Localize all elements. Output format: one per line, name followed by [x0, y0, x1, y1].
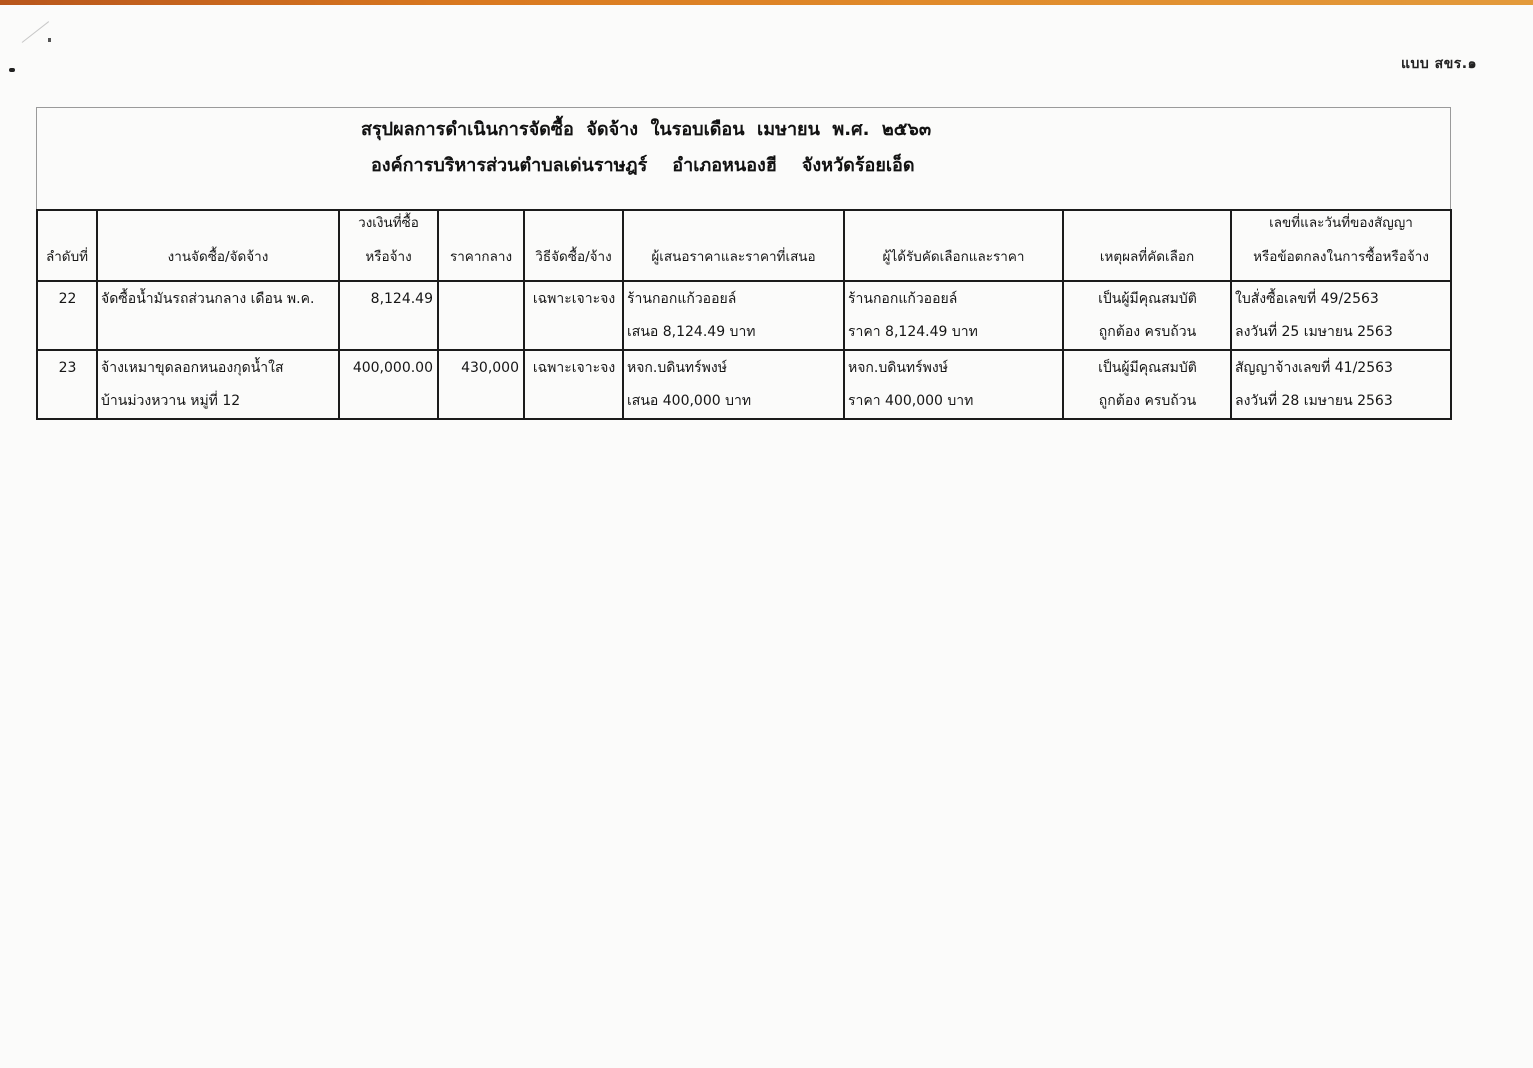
cell-winner: ร้านกอกแก้วออยล์ราคา 8,124.49 บาท [844, 281, 1063, 350]
cell-no: 22 [37, 281, 97, 350]
table-row: 22 จัดซื้อน้ำมันรถส่วนกลาง เดือน พ.ค. 8,… [37, 281, 1451, 350]
cell-text [442, 283, 519, 316]
cell-text: งานจัดซื้อ/จัดจ้าง [98, 240, 338, 274]
table-header-row: ลำดับที่ งานจัดซื้อ/จัดจ้าง วงเงินที่ซื้… [37, 210, 1451, 281]
cell-budget: 400,000.00 [339, 350, 438, 419]
cell-text: หจก.บดินทร์พงษ์ [627, 352, 841, 385]
cell-text: ราคากลาง [439, 240, 523, 274]
cell-text: เฉพาะเจาะจง [528, 352, 620, 385]
cell-text: เลขที่และวันที่ของสัญญา [1232, 206, 1450, 240]
cell-contract: ใบสั่งซื้อเลขที่ 49/2563ลงวันที่ 25 เมษา… [1231, 281, 1451, 350]
cell-text: ถูกต้อง ครบถ้วน [1067, 316, 1228, 349]
header-bidders: ผู้เสนอราคาและราคาที่เสนอ [623, 210, 844, 281]
cell-budget: 8,124.49 [339, 281, 438, 350]
cell-text: ราคา 400,000 บาท [848, 385, 1060, 418]
cell-text: 22 [41, 283, 94, 316]
cell-text: หรือข้อตกลงในการซื้อหรือจ้าง [1232, 240, 1450, 274]
cell-item: จ้างเหมาขุดลอกหนองกุดน้ำใสบ้านม่วงหวาน ห… [97, 350, 339, 419]
cell-text: เป็นผู้มีคุณสมบัติ [1067, 283, 1228, 316]
cell-text: เหตุผลที่คัดเลือก [1064, 240, 1230, 274]
cell-text: ผู้เสนอราคาและราคาที่เสนอ [624, 240, 843, 274]
header-budget: วงเงินที่ซื้อหรือจ้าง [339, 210, 438, 281]
cell-no: 23 [37, 350, 97, 419]
scan-top-edge [0, 0, 1533, 5]
cell-median-price: 430,000 [438, 350, 524, 419]
cell-text: บ้านม่วงหวาน หมู่ที่ 12 [101, 385, 336, 418]
form-code: แบบ สขร.๑ [1401, 53, 1477, 75]
header-method: วิธีจัดซื้อ/จ้าง [524, 210, 623, 281]
cell-text: จ้างเหมาขุดลอกหนองกุดน้ำใส [101, 352, 336, 385]
cell-bidders: หจก.บดินทร์พงษ์เสนอ 400,000 บาท [623, 350, 844, 419]
cell-text: สัญญาจ้างเลขที่ 41/2563 [1235, 352, 1448, 385]
cell-reason: เป็นผู้มีคุณสมบัติถูกต้อง ครบถ้วน [1063, 281, 1231, 350]
cell-text: 23 [41, 352, 94, 385]
cell-text: ลงวันที่ 25 เมษายน 2563 [1235, 316, 1448, 349]
cell-median-price [438, 281, 524, 350]
cell-text: 400,000.00 [343, 352, 433, 385]
cell-item: จัดซื้อน้ำมันรถส่วนกลาง เดือน พ.ค. [97, 281, 339, 350]
cell-text: ลงวันที่ 28 เมษายน 2563 [1235, 385, 1448, 418]
cell-bidders: ร้านกอกแก้วออยล์เสนอ 8,124.49 บาท [623, 281, 844, 350]
table-row: 23 จ้างเหมาขุดลอกหนองกุดน้ำใสบ้านม่วงหวา… [37, 350, 1451, 419]
cell-text: หจก.บดินทร์พงษ์ [848, 352, 1060, 385]
document-subtitle: องค์การบริหารส่วนตำบลเด่นราษฎร์ อำเภอหนอ… [37, 150, 1533, 179]
header-winner: ผู้ได้รับคัดเลือกและราคา [844, 210, 1063, 281]
cell-text: วงเงินที่ซื้อ [340, 206, 437, 240]
header-contract: เลขที่และวันที่ของสัญญาหรือข้อตกลงในการซ… [1231, 210, 1451, 281]
cell-text: ร้านกอกแก้วออยล์ [848, 283, 1060, 316]
cell-text: เป็นผู้มีคุณสมบัติ [1067, 352, 1228, 385]
cell-text [101, 316, 336, 349]
document-title: สรุปผลการดำเนินการจัดซื้อ จัดจ้าง ในรอบเ… [37, 114, 1533, 143]
document-header: สรุปผลการดำเนินการจัดซื้อ จัดจ้าง ในรอบเ… [36, 107, 1451, 210]
cell-text: ผู้ได้รับคัดเลือกและราคา [845, 240, 1062, 274]
header-item: งานจัดซื้อ/จัดจ้าง [97, 210, 339, 281]
cell-method: เฉพาะเจาะจง [524, 281, 623, 350]
procurement-table: ลำดับที่ งานจัดซื้อ/จัดจ้าง วงเงินที่ซื้… [36, 209, 1452, 420]
cell-text: เฉพาะเจาะจง [528, 283, 620, 316]
cell-text: ร้านกอกแก้วออยล์ [627, 283, 841, 316]
cell-text: 430,000 [442, 352, 519, 385]
cell-method: เฉพาะเจาะจง [524, 350, 623, 419]
cell-text: เสนอ 400,000 บาท [627, 385, 841, 418]
cell-text: ลำดับที่ [38, 240, 96, 274]
cell-winner: หจก.บดินทร์พงษ์ราคา 400,000 บาท [844, 350, 1063, 419]
cell-text: วิธีจัดซื้อ/จ้าง [525, 240, 622, 274]
cell-text: จัดซื้อน้ำมันรถส่วนกลาง เดือน พ.ค. [101, 283, 336, 316]
cell-reason: เป็นผู้มีคุณสมบัติถูกต้อง ครบถ้วน [1063, 350, 1231, 419]
header-median-price: ราคากลาง [438, 210, 524, 281]
cell-text: ถูกต้อง ครบถ้วน [1067, 385, 1228, 418]
scan-mark [48, 38, 51, 42]
header-no: ลำดับที่ [37, 210, 97, 281]
cell-text: เสนอ 8,124.49 บาท [627, 316, 841, 349]
cell-contract: สัญญาจ้างเลขที่ 41/2563ลงวันที่ 28 เมษาย… [1231, 350, 1451, 419]
header-reason: เหตุผลที่คัดเลือก [1063, 210, 1231, 281]
cell-text: ราคา 8,124.49 บาท [848, 316, 1060, 349]
cell-text: 8,124.49 [343, 283, 433, 316]
cell-text: ใบสั่งซื้อเลขที่ 49/2563 [1235, 283, 1448, 316]
scan-mark-line [22, 21, 49, 43]
scan-mark [9, 68, 15, 72]
cell-text: หรือจ้าง [340, 240, 437, 274]
